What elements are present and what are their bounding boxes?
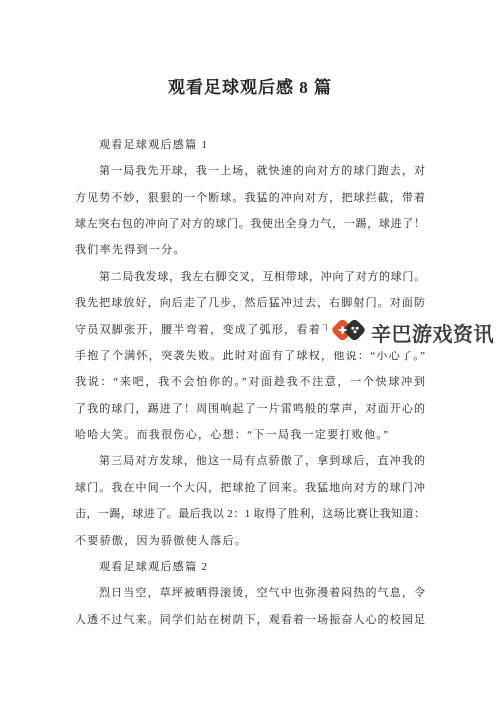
text-line: 我说：“来吧，我不会怕你的。”对面趁我不注意，一个快球冲到 [75, 369, 425, 395]
text-line: 我们率先得到一分。 [75, 237, 425, 263]
text-line: 不要骄傲，因为骄傲使人落后。 [75, 528, 425, 554]
text-line: 观看足球观后感篇 1 [75, 132, 425, 158]
watermark-text: 辛巴游戏资讯 [371, 318, 494, 347]
document-page: 观看足球观后感 8 篇 观看足球观后感篇 1第一局我先开球，我一上场，就快速的向… [0, 0, 500, 707]
game-controller-heart-logo-icon [329, 315, 367, 349]
text-line: 第二局我发球，我左右脚交叉，互相带球，冲向了对方的球门。 [75, 264, 425, 290]
text-line: 第一局我先开球，我一上场，就快速的向对方的球门跑去，对 [75, 158, 425, 184]
document-body: 观看足球观后感篇 1第一局我先开球，我一上场，就快速的向对方的球门跑去，对方见势… [75, 132, 425, 633]
text-line: 人透不过气来。同学们站在树荫下，观看着一场振奋人心的校园足 [75, 607, 425, 633]
text-line: 方见势不妙，狠狠的一个断球。我猛的冲向对方，把球拦截，带着 [75, 185, 425, 211]
text-line: 哈哈大笑。而我很伤心，心想：“下一局我一定要打败他。” [75, 422, 425, 448]
text-line: 球门。我在中间一个大闪，把球抢了回来。我猛地向对方的球门冲 [75, 475, 425, 501]
text-line: 击，一踢，球进了。最后我以 2：1 取得了胜利，这场比赛让我知道： [75, 501, 425, 527]
text-line: 烈日当空，草坪被晒得滚烫，空气中也弥漫着闷热的气息，令 [75, 580, 425, 606]
text-line: 球左突右包的冲向了对方的球门。我使出全身力气，一踢，球进了！ [75, 211, 425, 237]
text-line: 观看足球观后感篇 2 [75, 554, 425, 580]
text-line: 了我的球门，踢进了！周围响起了一片雷鸣般的掌声，对面开心的 [75, 396, 425, 422]
page-title: 观看足球观后感 8 篇 [0, 0, 500, 100]
text-line: 第三局对方发球，他这一局有点骄傲了，拿到球后，直冲我的 [75, 448, 425, 474]
watermark: 辛巴游戏资讯 [327, 313, 496, 351]
